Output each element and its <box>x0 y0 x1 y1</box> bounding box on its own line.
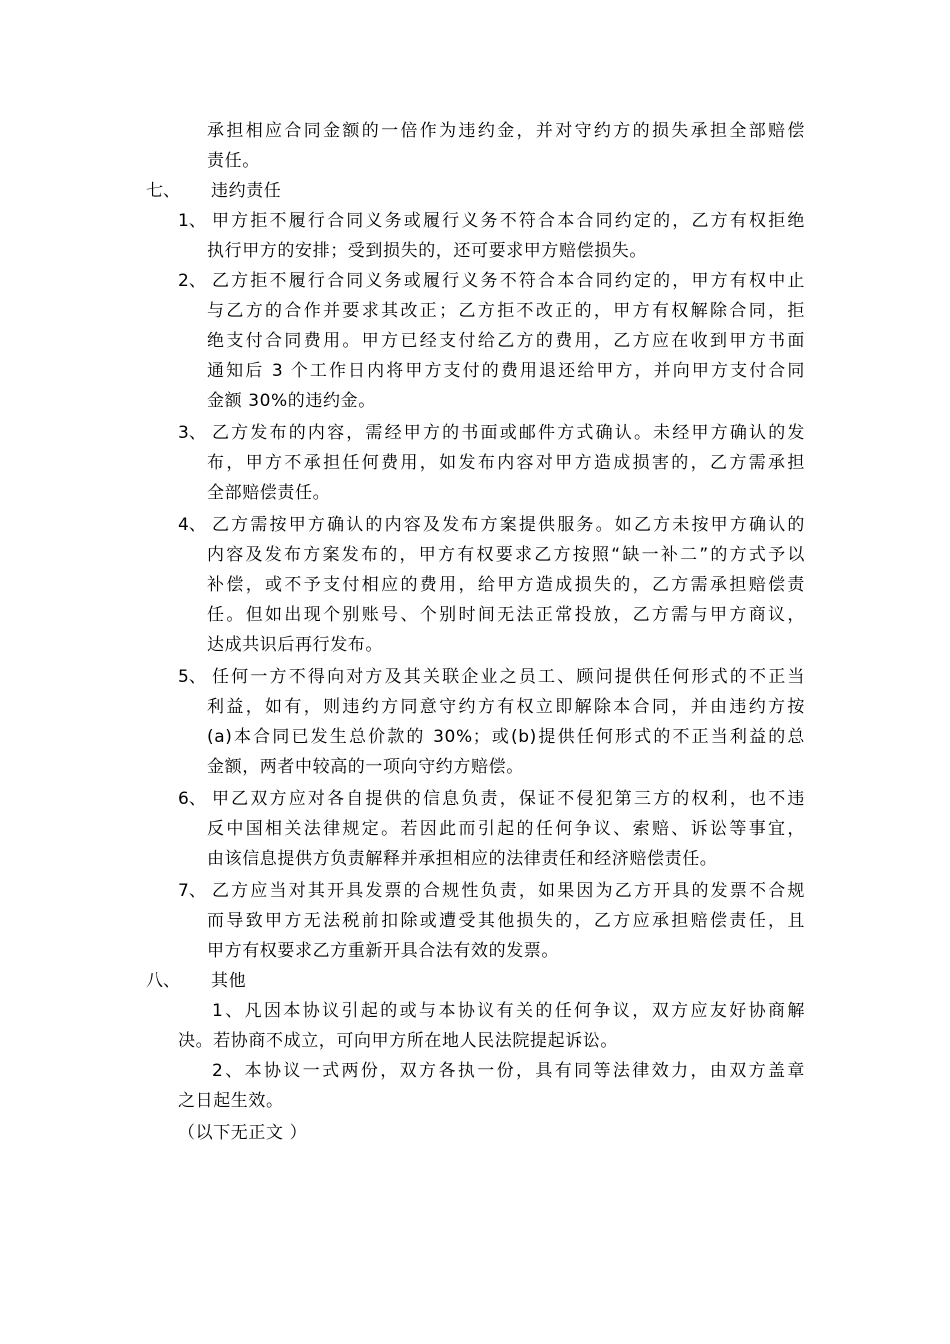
item-3-number: 3、 <box>178 418 206 448</box>
item-7-number: 7、 <box>178 876 206 906</box>
section-8-paragraph-1-line: 决。若协商不成立，可向甲方所在地人民法院提起诉讼。 <box>178 1026 618 1056</box>
item-7-line: 而导致甲方无法税前扣除或遭受其他损失的，乙方应承担赔偿责任，且 <box>207 906 805 936</box>
continuation-line: 责任。 <box>207 146 260 176</box>
item-5-line: 任何一方不得向对方及其关联企业之员工、顾问提供任何形式的不正当 <box>212 662 805 692</box>
item-2-line: 通知后 3 个工作日内将甲方支付的费用退还给甲方，并向甲方支付合同 <box>207 356 805 386</box>
item-4-number: 4、 <box>178 510 206 540</box>
section-8-number: 八、 <box>146 966 180 996</box>
section-7-title: 违约责任 <box>211 176 281 206</box>
item-6-number: 6、 <box>178 784 206 814</box>
item-1-line: 甲方拒不履行合同义务或履行义务不符合本合同约定的，乙方有权拒绝 <box>212 206 805 236</box>
section-8-paragraph-2-line: 之日起生效。 <box>178 1086 284 1116</box>
item-2-line: 金额 30%的违约金。 <box>207 386 376 416</box>
item-5-line: (a)本合同已发生总价款的 30%；或(b)提供任何形式的不正当利益的总 <box>207 722 805 752</box>
section-8-paragraph-2-line: 2、本协议一式两份，双方各执一份，具有同等法律效力，由双方盖章 <box>212 1056 805 1086</box>
item-2-number: 2、 <box>178 266 206 296</box>
item-4-line: 任。但如出现个别账号、个别时间无法正常投放，乙方需与甲方商议， <box>207 600 805 630</box>
closing-note: （以下无正文 ） <box>178 1118 307 1148</box>
item-1-line: 执行甲方的安排；受到损失的，还可要求甲方赔偿损失。 <box>207 236 647 266</box>
section-7-number: 七、 <box>146 176 180 206</box>
item-2-line: 绝支付合同费用。甲方已经支付给乙方的费用，乙方应在收到甲方书面 <box>207 326 805 356</box>
item-6-line: 甲乙双方应对各自提供的信息负责，保证不侵犯第三方的权利，也不违 <box>212 784 805 814</box>
item-7-line: 甲方有权要求乙方重新开具合法有效的发票。 <box>207 936 559 966</box>
item-6-line: 由该信息提供方负责解释并承担相应的法律责任和经济赔偿责任。 <box>207 844 717 874</box>
item-2-line: 乙方拒不履行合同义务或履行义务不符合本合同约定的，甲方有权中止 <box>212 266 805 296</box>
item-5-number: 5、 <box>178 662 206 692</box>
section-8-paragraph-1-line: 1、凡因本协议引起的或与本协议有关的任何争议，双方应友好协商解 <box>212 996 805 1026</box>
item-6-line: 反中国相关法律规定。若因此而引起的任何争议、索赔、诉讼等事宜， <box>207 814 805 844</box>
item-4-line: 补偿，或不予支付相应的费用，给甲方造成损失的，乙方需承担赔偿责 <box>207 570 805 600</box>
item-5-line: 利益，如有，则违约方同意守约方有权立即解除本合同，并由违约方按 <box>207 692 805 722</box>
item-4-line: 内容及发布方案发布的，甲方有权要求乙方按照“缺一补二”的方式予以 <box>207 540 805 570</box>
item-3-line: 乙方发布的内容，需经甲方的书面或邮件方式确认。未经甲方确认的发 <box>212 418 805 448</box>
item-4-line: 达成共识后再行发布。 <box>207 630 383 660</box>
document-page: 承担相应合同金额的一倍作为违约金，并对守约方的损失承担全部赔偿 责任。 七、 违… <box>0 0 950 1344</box>
item-1-number: 1、 <box>178 206 206 236</box>
section-8-title: 其他 <box>211 966 246 996</box>
continuation-line: 承担相应合同金额的一倍作为违约金，并对守约方的损失承担全部赔偿 <box>207 116 805 146</box>
item-4-line: 乙方需按甲方确认的内容及发布方案提供服务。如乙方未按甲方确认的 <box>212 510 805 540</box>
item-3-line: 布，甲方不承担任何费用，如发布内容对甲方造成损害的，乙方需承担 <box>207 448 805 478</box>
item-5-line: 金额，两者中较高的一项向守约方赔偿。 <box>207 752 524 782</box>
item-2-line: 与乙方的合作并要求其改正；乙方拒不改正的，甲方有权解除合同，拒 <box>207 296 805 326</box>
item-3-line: 全部赔偿责任。 <box>207 478 330 508</box>
item-7-line: 乙方应当对其开具发票的合规性负责，如果因为乙方开具的发票不合规 <box>212 876 805 906</box>
